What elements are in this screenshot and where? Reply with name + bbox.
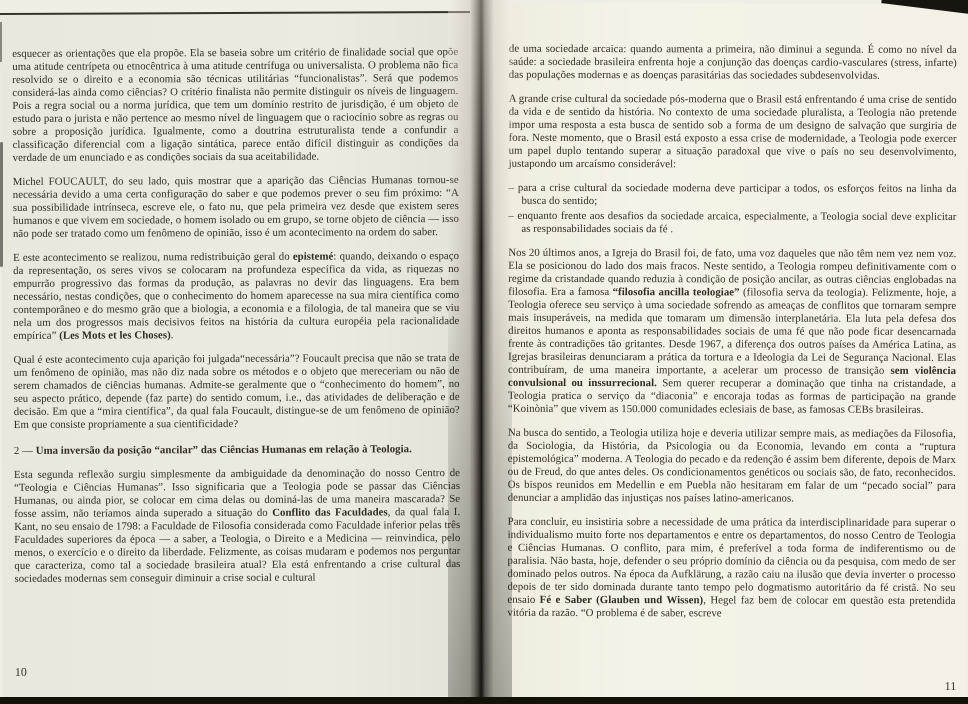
page-left: esquecer as orientações que ela propõe. … xyxy=(0,11,473,698)
section-heading: 2 — Uma inversão da posição “ancilar” da… xyxy=(14,443,460,458)
page-left-text: esquecer as orientações que ela propõe. … xyxy=(12,46,460,597)
bullet-item: – enquanto frente aos desafios da socied… xyxy=(508,210,956,237)
scan-left-edge-mark-small xyxy=(0,22,2,62)
page-right: de uma sociedade arcaica: quando aumenta… xyxy=(494,3,968,698)
book-scan: esquecer as orientações que ela propõe. … xyxy=(0,0,968,704)
paragraph: esquecer as orientações que ela propõe. … xyxy=(12,46,459,165)
paragraph: Qual é este acontecimento cuja aparição … xyxy=(13,352,459,432)
paragraph: Esta segunda reflexão surgiu simplesment… xyxy=(14,467,461,586)
paragraph: Michel FOUCAULT, do seu lado, quis mostr… xyxy=(13,174,459,241)
page-right-text: de uma sociedade arcaica: quando aumenta… xyxy=(507,43,957,632)
page-number-left: 10 xyxy=(15,665,27,680)
paragraph: Para concluir, eu insistiria sobre a nec… xyxy=(507,516,955,621)
paragraph: E este acontecimento se realizou, numa r… xyxy=(13,250,459,343)
paragraph: de uma sociedade arcaica: quando aumenta… xyxy=(509,43,957,83)
paragraph: Nos 20 últimos anos, a Igreja do Brasil … xyxy=(508,247,956,417)
paragraph: A grande crise cultural da sociedade pós… xyxy=(509,93,957,172)
scan-bottom-edge xyxy=(0,697,968,704)
paragraph: Na busca do sentido, a Teologia utiliza … xyxy=(508,427,956,506)
scan-left-edge-mark xyxy=(0,142,3,267)
bullet-item: – para a crise cultural da sociedade mod… xyxy=(508,182,956,209)
page-number-right: 11 xyxy=(945,679,957,694)
